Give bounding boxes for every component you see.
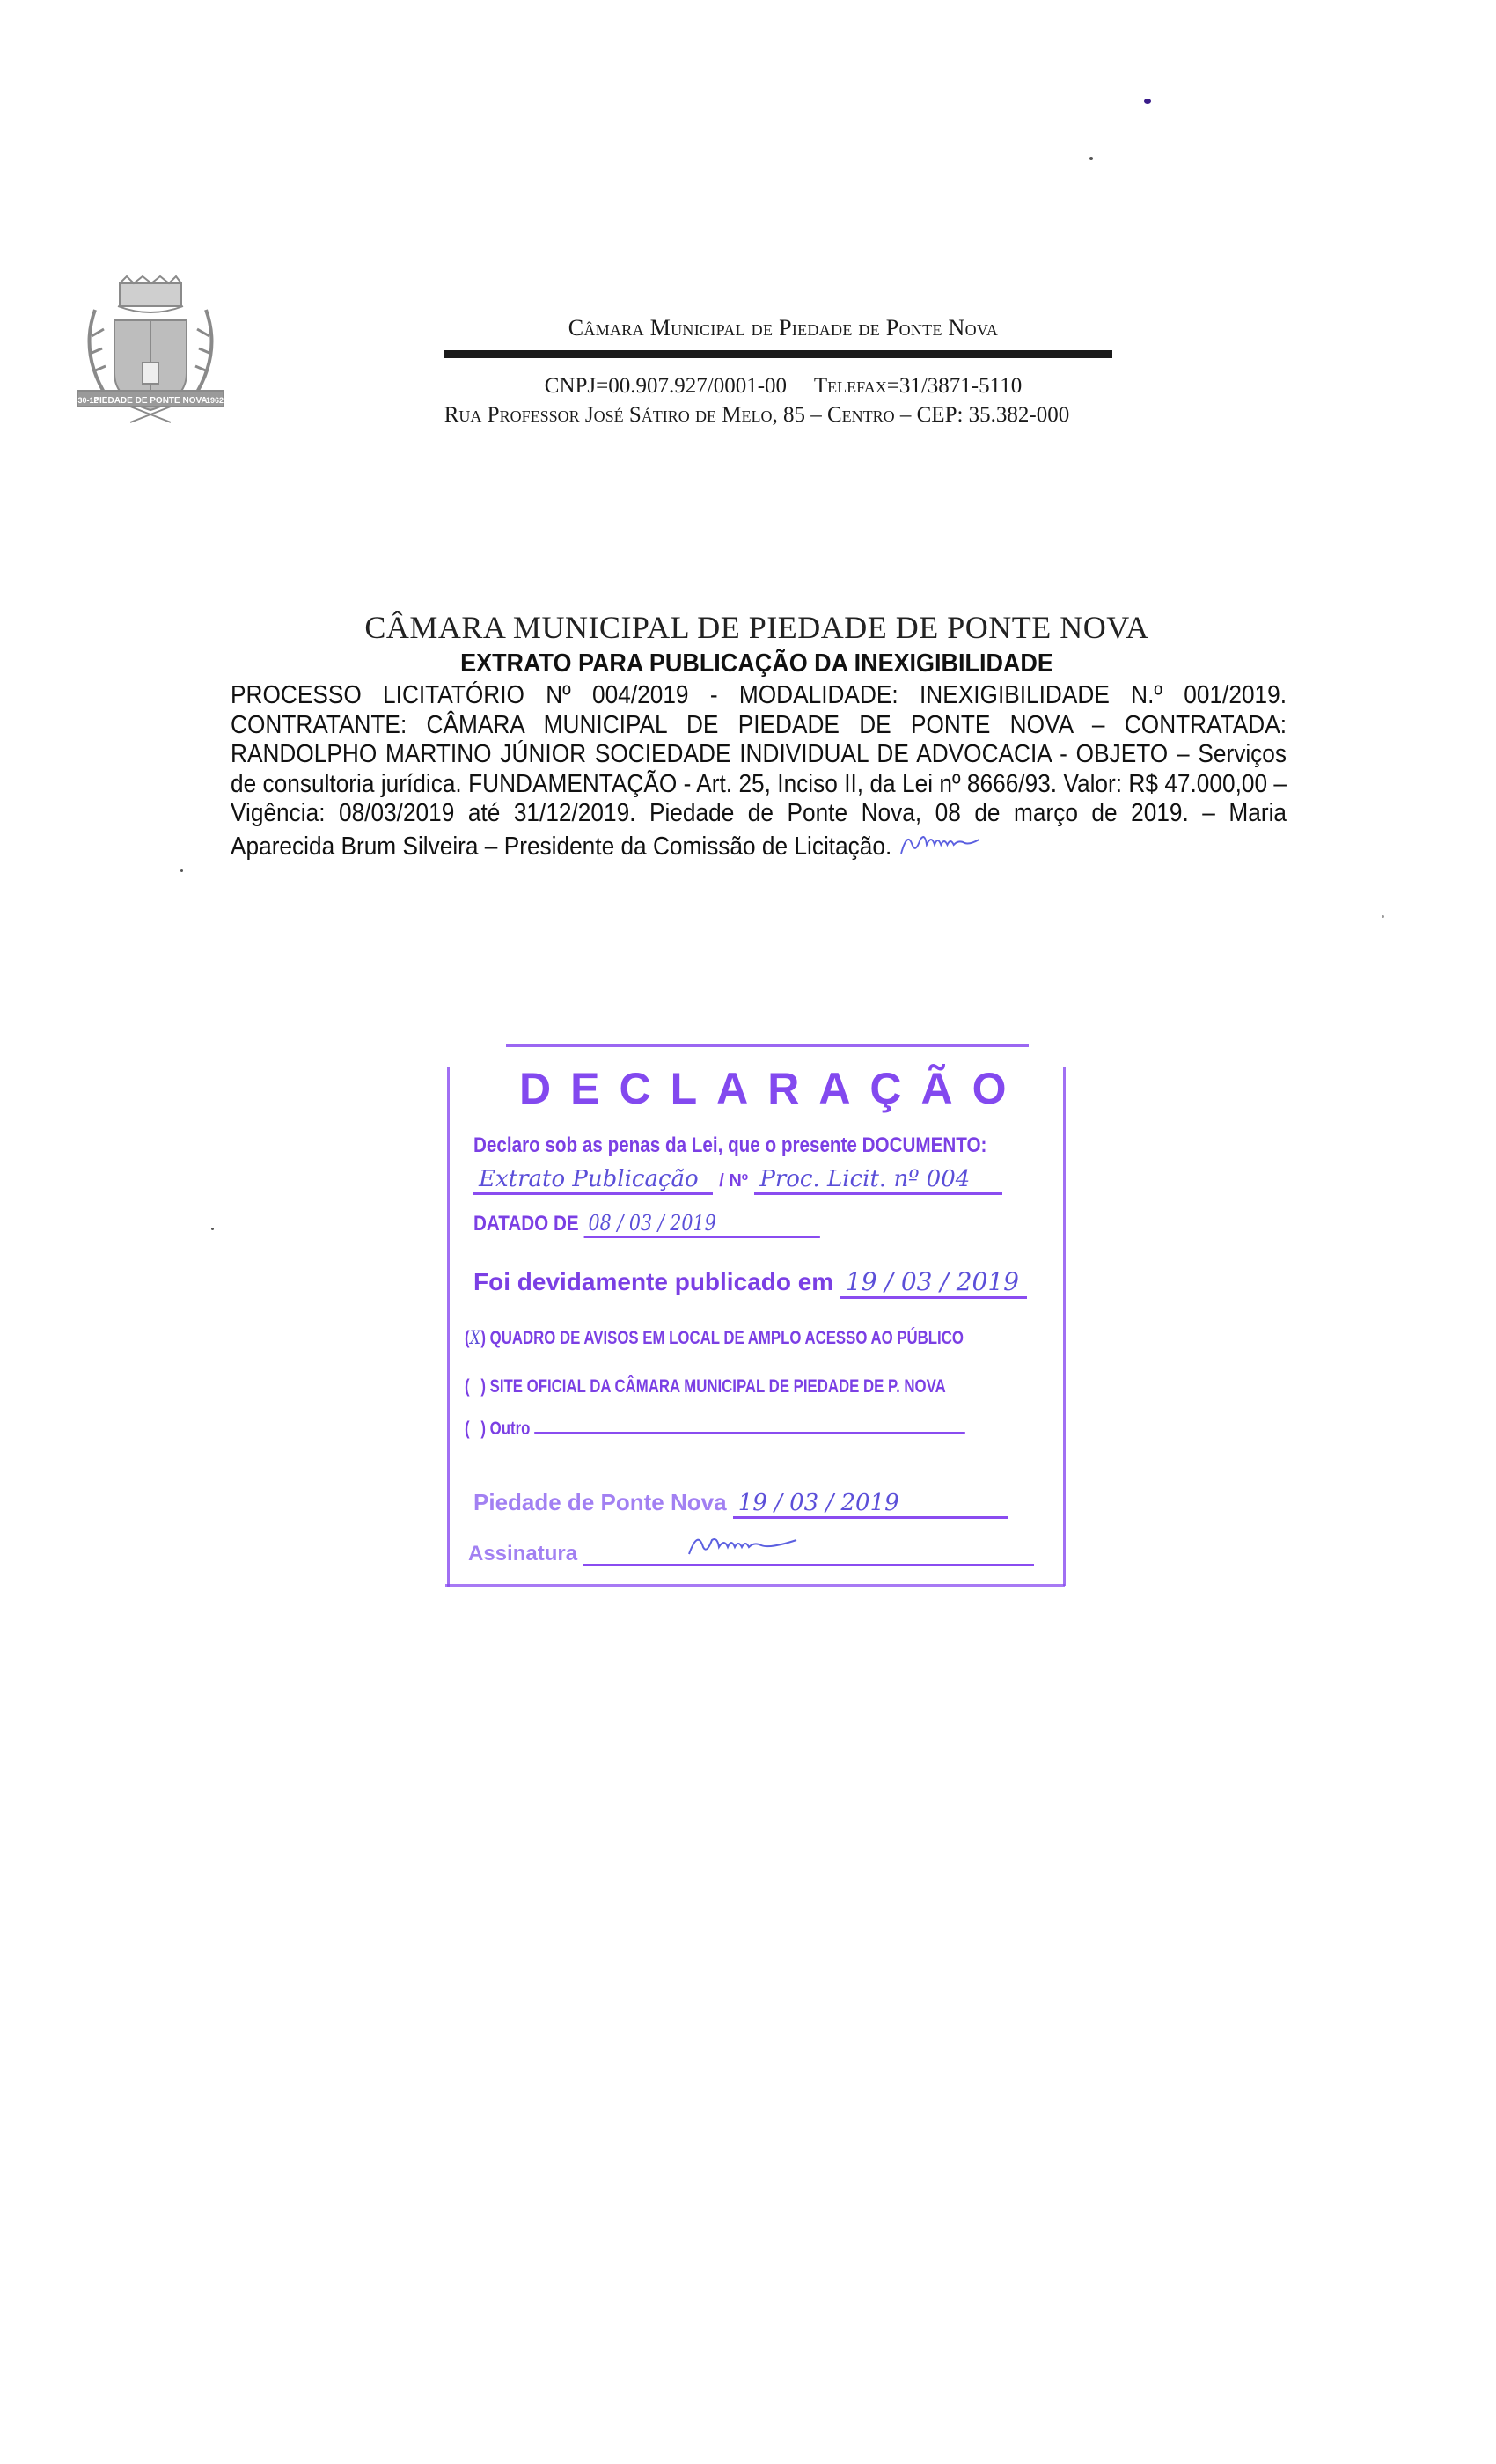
coat-banner-text: PIEDADE DE PONTE NOVA bbox=[93, 396, 207, 406]
stamp-signature-line: Assinatura bbox=[468, 1531, 1034, 1566]
scan-speck bbox=[180, 869, 183, 872]
coat-of-arms: PIEDADE DE PONTE NOVA 30-12 1962 bbox=[69, 275, 232, 424]
published-date-field: 19 / 03 / 2019 bbox=[840, 1267, 1027, 1299]
stamp-published-line: Foi devidamente publicado em 19 / 03 / 2… bbox=[473, 1267, 1027, 1299]
cnpj: CNPJ=00.907.927/0001-00 bbox=[545, 374, 787, 398]
dated-field: 08 / 03 / 2019 bbox=[583, 1211, 819, 1238]
stamp-declaration: Declaro sob as penas da Lei, que o prese… bbox=[473, 1133, 986, 1158]
initials-signature bbox=[898, 829, 986, 867]
extract-body: PROCESSO LICITATÓRIO Nº 004/2019 - MODAL… bbox=[231, 681, 1287, 866]
option-checkmark: X bbox=[470, 1327, 481, 1348]
letterhead-address: Rua Professor José Sátiro de Melo, 85 – … bbox=[370, 403, 1144, 428]
extract-body-text: PROCESSO LICITATÓRIO Nº 004/2019 - MODAL… bbox=[231, 681, 1287, 860]
stamp-dated-line: DATADO DE 08 / 03 / 2019 bbox=[473, 1211, 820, 1238]
extract-title: EXTRATO PARA PUBLICAÇÃO DA INEXIGIBILIDA… bbox=[249, 649, 1264, 678]
location-date-field: 19 / 03 / 2019 bbox=[733, 1490, 1008, 1519]
scan-speck bbox=[1089, 157, 1093, 160]
extract-organization: CÂMARA MUNICIPAL DE PIEDADE DE PONTE NOV… bbox=[211, 609, 1302, 646]
stamp-location-line: Piedade de Ponte Nova 19 / 03 / 2019 bbox=[473, 1489, 1008, 1519]
scan-speck bbox=[211, 1228, 214, 1230]
document-name-field: Extrato Publicação bbox=[473, 1166, 713, 1195]
other-field bbox=[534, 1432, 965, 1434]
letterhead-institution: Câmara Municipal de Piedade de Ponte Nov… bbox=[440, 315, 1126, 341]
option-bulletin-board: (X) QUADRO DE AVISOS EM LOCAL DE AMPLO A… bbox=[465, 1327, 964, 1349]
svg-text:30-12: 30-12 bbox=[77, 396, 98, 405]
stamp-document-line: Extrato Publicação / Nº Proc. Licit. nº … bbox=[473, 1165, 1002, 1195]
option-official-site: () SITE OFICIAL DA CÂMARA MUNICIPAL DE P… bbox=[465, 1376, 946, 1397]
scan-speck bbox=[1382, 915, 1384, 918]
stamp-title: DECLARAÇÃO bbox=[519, 1063, 977, 1114]
letterhead-rule bbox=[444, 350, 1112, 358]
declaration-stamp: DECLARAÇÃO Declaro sob as penas da Lei, … bbox=[440, 1037, 1068, 1596]
document-number-field: Proc. Licit. nº 004 bbox=[754, 1166, 1002, 1195]
scan-speck bbox=[1144, 99, 1151, 104]
telefax: Telefax=31/3871-5110 bbox=[814, 374, 1022, 398]
option-other: () Outro bbox=[465, 1419, 965, 1440]
svg-text:1962: 1962 bbox=[206, 396, 224, 405]
letterhead-contact: CNPJ=00.907.927/0001-00 Telefax=31/3871-… bbox=[440, 374, 1126, 399]
signature-field bbox=[583, 1531, 1034, 1566]
